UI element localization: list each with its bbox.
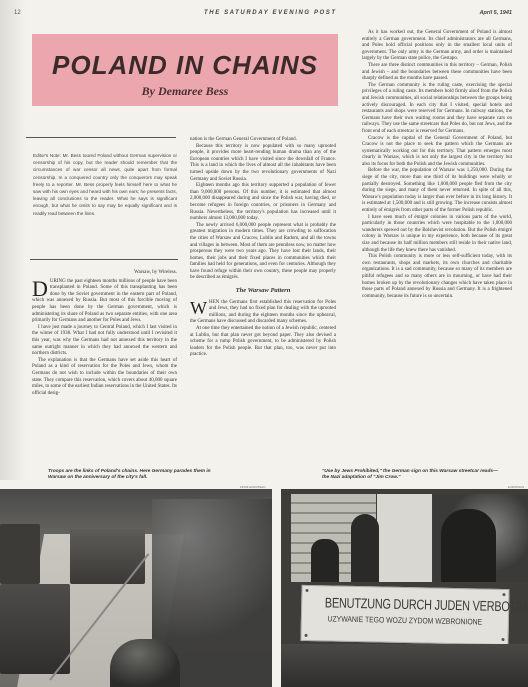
gutter-shadow: [0, 0, 26, 480]
dateline: Warsaw, by Wireless.: [32, 270, 177, 277]
photo-streetcar-sign: BENUTZUNG DURCH JUDEN VERBOTEN UZYWANIE …: [281, 489, 528, 687]
paragraph: There are three distinct communities in …: [362, 63, 512, 83]
bolt-icon: [501, 638, 504, 641]
paragraph: Because this territory is now populated …: [190, 144, 336, 184]
sign-text-polish: UZYWANIE TEGO WOZU ZYDOM WZBRONIONE: [317, 614, 492, 627]
streetcar-lower-panel: [281, 644, 528, 687]
paragraph: The explanation is that the Germans have…: [32, 358, 177, 398]
passenger: [441, 509, 496, 582]
running-head: 12 THE SATURDAY EVENING POST April 5, 19…: [14, 10, 514, 22]
editors-note: Editor's Note: Mr. Bess toured Poland wi…: [33, 152, 177, 217]
prohibition-sign: BENUTZUNG DURCH JUDEN VERBOTEN UZYWANIE …: [300, 585, 509, 645]
photo-tank-parade: [0, 489, 272, 687]
dropcap: W: [190, 301, 207, 315]
sign-text-german: BENUTZUNG DURCH JUDEN VERBOTEN: [325, 594, 486, 613]
article-column-3: As it has worked out, the General Govern…: [362, 30, 512, 300]
paragraph: I have just made a journey to Central Po…: [32, 325, 177, 358]
streetcar-window: [377, 494, 432, 582]
dropcap: D: [32, 280, 48, 298]
magazine-page: 12 THE SATURDAY EVENING POST April 5, 19…: [0, 0, 528, 687]
issue-date: April 5, 1941: [480, 10, 512, 16]
byline: By Demaree Bess: [32, 84, 338, 99]
title-banner: POLAND IN CHAINS By Demaree Bess: [32, 34, 338, 106]
page-number: 12: [14, 10, 21, 16]
paragraph: I have seen much of émigré colonies in v…: [362, 215, 512, 255]
magazine-title: THE SATURDAY EVENING POST: [204, 10, 337, 16]
passenger: [311, 539, 339, 582]
article-title: POLAND IN CHAINS: [32, 50, 338, 81]
bolt-icon: [305, 634, 308, 637]
article-column-2: nation is the German General Government …: [190, 137, 336, 359]
section-subhead: The Warsaw Pattern: [190, 288, 336, 295]
tank: [0, 584, 70, 674]
divider-rule: [30, 259, 178, 260]
paragraph: The newly arrived 6,000,000 people repre…: [190, 223, 336, 282]
paragraph: URING the past eighteen months millions …: [32, 279, 177, 325]
paragraph: The German community is the ruling caste…: [362, 83, 512, 136]
soldiers-foreground: [110, 639, 180, 687]
bolt-icon: [502, 593, 505, 596]
paragraph: This Polish community is more or less se…: [362, 254, 512, 300]
tank: [70, 529, 145, 584]
photo-caption-left: Troops are the links of Poland's chains.…: [48, 469, 226, 482]
paragraph: nation is the German General Government …: [190, 137, 336, 144]
paragraph: Eighteen months ago this territory suppo…: [190, 183, 336, 223]
divider-rule: [26, 137, 176, 138]
paragraph: Cracow is the capital of the General Gov…: [362, 136, 512, 169]
paragraph: At one time they entertained the notion …: [190, 326, 336, 359]
passenger: [351, 514, 379, 582]
paragraph: As it has worked out, the General Govern…: [362, 30, 512, 63]
paragraph: HEN the Germans first established this r…: [190, 300, 336, 326]
photo-caption-right: "Use by Jews Prohibited," the German sig…: [322, 469, 502, 482]
paragraph: Before the war, the population of Warsaw…: [362, 168, 512, 214]
bolt-icon: [305, 589, 308, 592]
article-column-1: Warsaw, by Wireless. D URING the past ei…: [32, 270, 177, 397]
tank: [0, 524, 40, 584]
